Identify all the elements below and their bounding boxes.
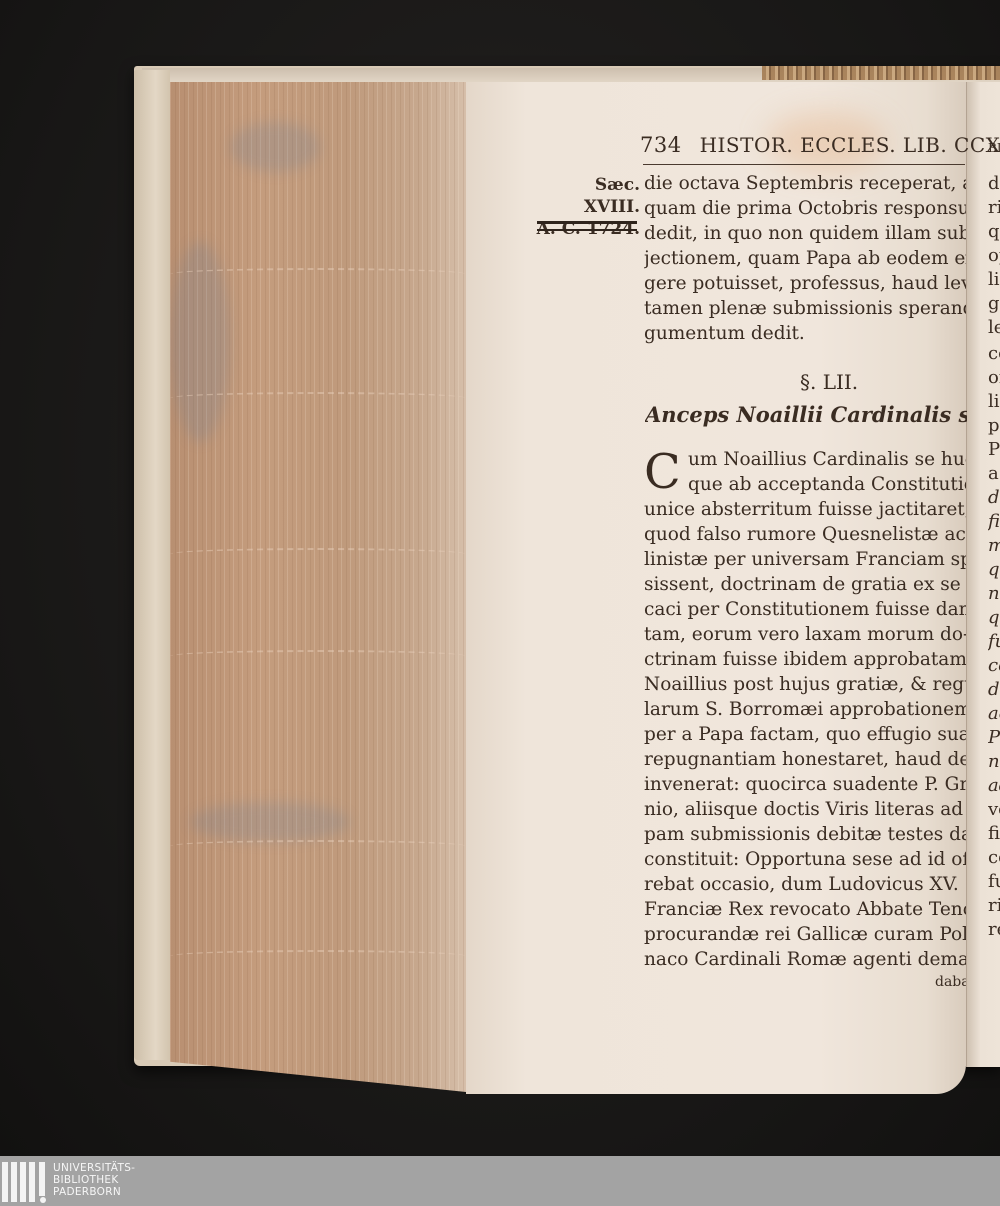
text-line: invenerat: quocirca suadente P. Gravelo- bbox=[644, 773, 966, 797]
catchword: dabat bbox=[935, 970, 966, 994]
next-page-fragment: or bbox=[988, 366, 1000, 390]
page-block-fore-edge bbox=[170, 82, 466, 1092]
next-page-fragment: op bbox=[988, 244, 1000, 268]
next-page-fragment: ri bbox=[988, 196, 1000, 220]
next-page-fragment: ve bbox=[988, 798, 1000, 822]
section-number: §. LII. bbox=[800, 370, 858, 394]
next-page-fragment: li bbox=[988, 268, 1000, 292]
library-name-line: UNIVERSITÄTS- bbox=[53, 1162, 135, 1174]
text-line: naco Cardinali Romæ agenti deman- bbox=[644, 948, 966, 972]
text-line: Franciæ Rex revocato Abbate Tencino bbox=[644, 898, 966, 922]
text-line: tam, eorum vero laxam morum do- bbox=[644, 623, 966, 647]
headband bbox=[762, 66, 1000, 80]
next-page-head-fragment: BI bbox=[988, 136, 1000, 160]
text-line: repugnantiam honestaret, haud deinceps bbox=[644, 748, 966, 772]
library-name-line: BIBLIOTHEK bbox=[53, 1174, 135, 1186]
text-line: per a Papa factam, quo effugio suam bbox=[644, 723, 966, 747]
next-page-fragment: ri bbox=[988, 894, 1000, 918]
text-line: caci per Constitutionem fuisse damna- bbox=[644, 598, 966, 622]
next-page-fragment: Pc bbox=[988, 726, 1000, 750]
next-page-fragment: ac bbox=[988, 702, 1000, 726]
text-line: linistæ per universam Franciam spar- bbox=[644, 548, 966, 572]
margin-rule bbox=[537, 229, 637, 231]
next-page-fragment: re bbox=[988, 918, 1000, 942]
text-line: procurandæ rei Gallicæ curam Poli- bbox=[644, 923, 966, 947]
running-head-title: HISTOR. ECCLES. LIB. CCXXII. bbox=[700, 133, 1000, 157]
next-page-fragment: li bbox=[988, 390, 1000, 414]
library-name: UNIVERSITÄTS- BIBLIOTHEK PADERBORN bbox=[53, 1162, 135, 1198]
edge-stain bbox=[230, 122, 320, 172]
text-line: larum S. Borromæi approbationem ma- bbox=[644, 698, 966, 722]
margin-rule bbox=[537, 221, 637, 224]
text-line: tamen plenæ submissionis sperandæ ar- bbox=[644, 297, 966, 321]
header-rule bbox=[643, 164, 965, 165]
text-line: gumentum dedit. bbox=[644, 322, 966, 346]
next-page-fragment: da bbox=[988, 678, 1000, 702]
next-page-fragment: ad bbox=[988, 774, 1000, 798]
text-line: ctrinam fuisse ibidem approbatam, bbox=[644, 648, 966, 672]
next-page-fragment: co bbox=[988, 846, 1000, 870]
library-footer: UNIVERSITÄTS- BIBLIOTHEK PADERBORN bbox=[0, 1156, 1000, 1206]
text-line: Noaillius post hujus gratiæ, & regu- bbox=[644, 673, 966, 697]
text-line: dedit, in quo non quidem illam sub- bbox=[644, 222, 966, 246]
edge-wave bbox=[170, 650, 466, 662]
next-page-fragment: d bbox=[988, 172, 1000, 196]
text-line: sissent, doctrinam de gratia ex se effi- bbox=[644, 573, 966, 597]
edge-stain bbox=[190, 802, 350, 842]
next-page-fragment: fu bbox=[988, 870, 1000, 894]
section-title: Anceps Noaillii Cardinalis subjectio. bbox=[645, 402, 967, 427]
edge-wave bbox=[170, 950, 466, 962]
text-line: rebat occasio, dum Ludovicus XV. bbox=[644, 873, 966, 897]
next-page-fragment: cep bbox=[988, 654, 1000, 678]
next-page-fragment: do bbox=[988, 486, 1000, 510]
next-page-fragment: ne bbox=[988, 582, 1000, 606]
text-line: um Noaillius Cardinalis se hucus- bbox=[688, 448, 966, 472]
next-page-fragment: fir bbox=[988, 822, 1000, 846]
next-page-fragment: qu bbox=[988, 606, 1000, 630]
next-page-fragment: q bbox=[988, 220, 1000, 244]
next-page-fragment: fu bbox=[988, 630, 1000, 654]
edge-wave bbox=[170, 548, 466, 560]
next-page-fragment: nu bbox=[988, 750, 1000, 774]
text-line: die octava Septembris receperat, ad bbox=[644, 172, 966, 196]
library-name-line: PADERBORN bbox=[53, 1186, 135, 1198]
edge-wave bbox=[170, 392, 466, 404]
cover-left-edge bbox=[134, 70, 170, 1060]
text-line: unice absterritum fuisse jactitaret, eo bbox=[644, 498, 966, 522]
text-line: constituit: Opportuna sese ad id offe- bbox=[644, 848, 966, 872]
next-page-fragment: le bbox=[988, 316, 1000, 340]
running-head: 734HISTOR. ECCLES. LIB. CCXXII. bbox=[640, 133, 965, 163]
drop-cap: C bbox=[644, 448, 681, 496]
text-line: gere potuisset, professus, haud levem bbox=[644, 272, 966, 296]
next-page-fragment: co bbox=[988, 342, 1000, 366]
text-line: que ab acceptanda Constitutione bbox=[688, 473, 966, 497]
library-logo-icon bbox=[2, 1162, 46, 1202]
text-line: pam submissionis debitæ testes dare bbox=[644, 823, 966, 847]
next-page-fragment: pi bbox=[988, 414, 1000, 438]
edge-wave bbox=[170, 268, 466, 280]
next-page-fragment: qu bbox=[988, 558, 1000, 582]
text-line: nio, aliisque doctis Viris literas ad Pa… bbox=[644, 798, 966, 822]
next-page-fragment: a bbox=[988, 462, 1000, 486]
text-line: quod falso rumore Quesnelistæ ac Mo- bbox=[644, 523, 966, 547]
text-line: quam die prima Octobris responsum bbox=[644, 197, 966, 221]
page-number: 734 bbox=[640, 133, 682, 157]
margin-note-century: Sæc. XVIII. bbox=[535, 174, 640, 218]
next-page-fragment: P bbox=[988, 438, 1000, 462]
next-page-fragment: gi bbox=[988, 292, 1000, 316]
next-page-fragment: m bbox=[988, 534, 1000, 558]
text-line: jectionem, quam Papa ab eodem exi- bbox=[644, 247, 966, 271]
next-page-fragment: fir bbox=[988, 510, 1000, 534]
edge-wave bbox=[170, 840, 466, 852]
logo-dot bbox=[40, 1197, 46, 1203]
scan-background: 734HISTOR. ECCLES. LIB. CCXXII. Sæc. XVI… bbox=[0, 0, 1000, 1156]
